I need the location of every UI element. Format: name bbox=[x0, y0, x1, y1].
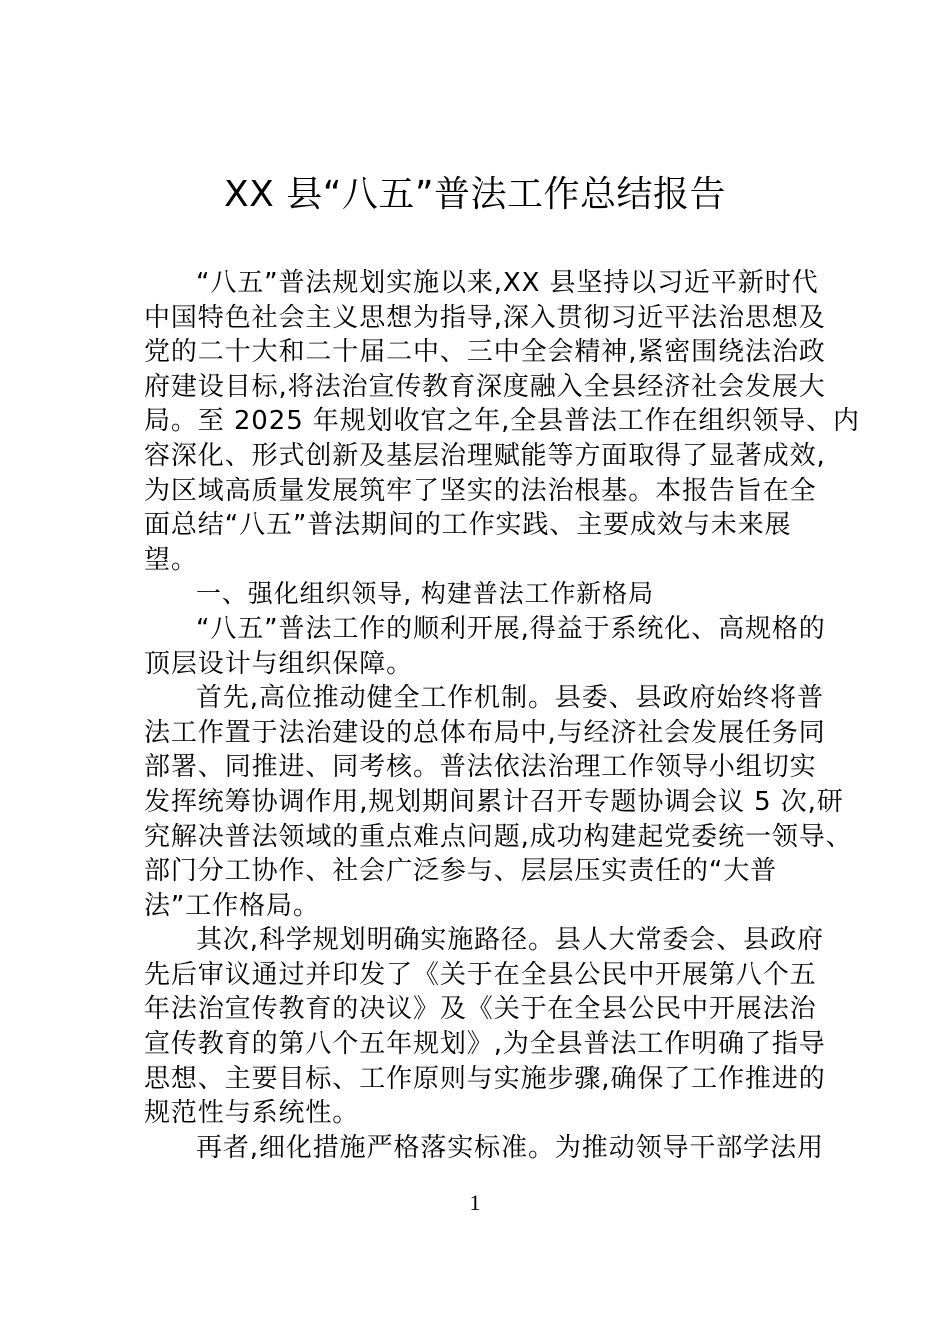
paragraph-line: 望。 bbox=[144, 543, 808, 578]
paragraph-line: 局。至 2025 年规划收官之年,全县普法工作在组织领导、内 bbox=[144, 404, 808, 439]
document-body: “八五”普法规划实施以来,XX 县坚持以习近平新时代 中国特色社会主义思想为指导… bbox=[144, 266, 808, 1165]
paragraph-line: 再者,细化措施严格落实标准。为推动领导干部学法用 bbox=[144, 1131, 808, 1166]
paragraph-line: 党的二十大和二十届二中、三中全会精神,紧密围绕法治政 bbox=[144, 335, 808, 370]
paragraph-line: 容深化、形式创新及基层治理赋能等方面取得了显著成效, bbox=[144, 439, 808, 474]
section-heading: 一、强化组织领导, 构建普法工作新格局 bbox=[144, 577, 808, 612]
paragraph-line: 其次,科学规划明确实施路径。县人大常委会、县政府 bbox=[144, 923, 808, 958]
paragraph-line: 法工作置于法治建设的总体布局中,与经济社会发展任务同 bbox=[144, 716, 808, 751]
paragraph-line: 顶层设计与组织保障。 bbox=[144, 647, 808, 682]
document-page: XX 县“八五”普法工作总结报告 “八五”普法规划实施以来,XX 县坚持以习近平… bbox=[0, 0, 950, 1344]
paragraph-line: 先后审议通过并印发了《关于在全县公民中开展第八个五 bbox=[144, 958, 808, 993]
document-title: XX 县“八五”普法工作总结报告 bbox=[0, 170, 950, 220]
paragraph-line: 发挥统筹协调作用,规划期间累计召开专题协调会议 5 次,研 bbox=[144, 785, 808, 820]
paragraph-line: 规范性与系统性。 bbox=[144, 1096, 808, 1131]
paragraph-line: 年法治宣传教育的决议》及《关于在全县公民中开展法治 bbox=[144, 992, 808, 1027]
paragraph-line: 中国特色社会主义思想为指导,深入贯彻习近平法治思想及 bbox=[144, 301, 808, 336]
page-number: 1 bbox=[0, 1188, 950, 1218]
paragraph-line: 首先,高位推动健全工作机制。县委、县政府始终将普 bbox=[144, 681, 808, 716]
paragraph-line: 面总结“八五”普法期间的工作实践、主要成效与未来展 bbox=[144, 508, 808, 543]
paragraph-line: 府建设目标,将法治宣传教育深度融入全县经济社会发展大 bbox=[144, 370, 808, 405]
paragraph-line: 法”工作格局。 bbox=[144, 889, 808, 924]
paragraph-line: 思想、主要目标、工作原则与实施步骤,确保了工作推进的 bbox=[144, 1062, 808, 1097]
paragraph-line: 究解决普法领域的重点难点问题,成功构建起党委统一领导、 bbox=[144, 820, 808, 855]
paragraph-line: 宣传教育的第八个五年规划》,为全县普法工作明确了指导 bbox=[144, 1027, 808, 1062]
paragraph-line: “八五”普法规划实施以来,XX 县坚持以习近平新时代 bbox=[144, 266, 808, 301]
paragraph-line: 为区域高质量发展筑牢了坚实的法治根基。本报告旨在全 bbox=[144, 474, 808, 509]
paragraph-line: “八五”普法工作的顺利开展,得益于系统化、高规格的 bbox=[144, 612, 808, 647]
paragraph-line: 部署、同推进、同考核。普法依法治理工作领导小组切实 bbox=[144, 750, 808, 785]
paragraph-line: 部门分工协作、社会广泛参与、层层压实责任的“大普 bbox=[144, 854, 808, 889]
